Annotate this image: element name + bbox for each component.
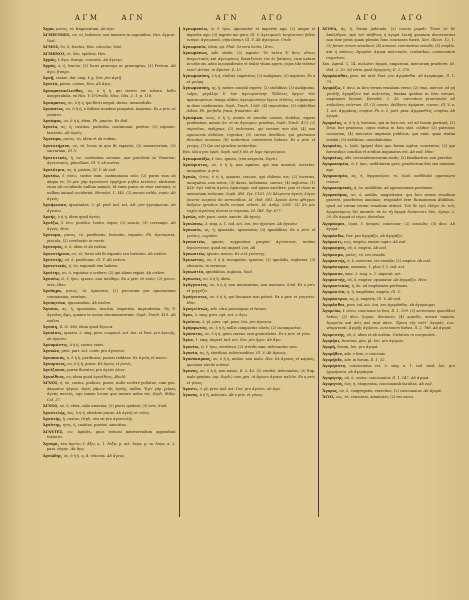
dictionary-entry: Ἀγνώς, ῶτος, ὁ ἡ ἡ, ignarus, inscius, qu… — [183, 175, 316, 215]
entry-definition: ας, ἡ, ignoratio, ignorantia; (2) ignobi… — [204, 228, 287, 232]
entry-headword: Ἀγνίζω, — [43, 221, 59, 225]
entry-definition: adv. circumforaneorum modo; (2) familiar… — [345, 156, 453, 160]
entry-definition: ἡ, ἡ, emptilitas, emptio, — [347, 290, 390, 294]
entry-definition: εως, emptio, emere cupio. — [344, 240, 392, 244]
entry-headword: Ἀγνάφος, — [43, 119, 63, 123]
entry-reference: Ion. pro ἀγορά. — [351, 345, 379, 349]
entry-headword: ἈΓΜΟΣ, — [43, 45, 59, 49]
dictionary-entry: Ἀγονέω, ῶ, f. ήσω, sterilisco; (2) steri… — [183, 345, 316, 351]
entry-reference: Ab eod. — [393, 240, 407, 244]
entry-definition: έος, ὁ ἡ ἡ, absolute purus. — [67, 411, 115, 415]
dictionary-entry: Ἀγνεύω, f. εύσω, castus sum, castimoniam… — [43, 174, 176, 203]
dictionary-entry: Ἀγόμφωτος, ου, ὁ ἡ ἡ, nullis compactus c… — [183, 326, 316, 332]
entry-reference: Soph. Trach. 473; (2) improbus, malignus… — [187, 121, 316, 148]
entry-reference: Ab ἀγορά. — [424, 389, 442, 393]
entry-headword: Ἀγνής, — [43, 215, 57, 219]
entry-definition: οῦ, ὁ, orator, concionator, — [345, 376, 392, 380]
running-head-left: ΑΓΝ — [216, 14, 240, 26]
entry-reference: Ab ἄγω. — [101, 27, 116, 31]
entry-reference: Ab eod. — [417, 259, 431, 263]
entry-definition: ignorantes, 3. pl. perf. ind. act. — [69, 203, 128, 207]
entry-definition: pres. inf. mid. — [350, 74, 376, 78]
entry-definition: ἡ, castus, — [63, 417, 80, 421]
entry-headword: Ἀγνισμα, — [43, 233, 62, 237]
dictionary-entry: Ἀγνοέω, ῶ, f. ήσω, ignoro, non intelligo… — [43, 277, 176, 288]
dictionary-entry: Ἀγνίζουσα, purae fluentes; pro ἁγνὸν ῥέω… — [43, 368, 176, 374]
dictionary-entry: Ἀγναμπτοκέλευθος, ου, ὁ ἡ ἡ, qui invicti… — [43, 89, 176, 100]
entry-reference: Hes. calculus, Vost. — [87, 45, 122, 49]
entry-headword: Ἀγνοίη, — [43, 325, 59, 329]
entry-definition: ῶ, f. ήσω, sterilisco; (2) sterilis sum,… — [201, 345, 298, 349]
dictionary-entry: Ἀγνισμα, ματος, τό, purificatio, lustrat… — [43, 233, 176, 244]
entry-definition: adv. pure, caste, sancte. — [198, 215, 242, 219]
dictionary-entry: Ἀγνωμοσύνη, ης, ἡ, mente consilii expers… — [183, 86, 316, 115]
running-head-left: ΑΓΜ — [75, 14, 100, 26]
entry-headword: Ἀγοητεύτως, — [183, 307, 210, 311]
dictionary-entry: Ἀγορασμός, οῦ, ὁ, emptio. Ab eod. — [322, 246, 455, 252]
entry-headword: Ἀγορευτής, — [322, 333, 345, 337]
entry-headword: Ἀγνωμοσύνη, — [183, 86, 211, 90]
dictionary-entry: ἌΓΟΣ, εος, τό, veneratio, admiratio; (2)… — [322, 395, 455, 401]
entry-reference: Ab ἀγοράζω. Hinc — [394, 278, 427, 282]
dictionary-entry: Ἄγον, 1. sing. imperf. ind. act. Dor. pr… — [183, 338, 316, 344]
running-head-col-2: ΑΓΝ ΑΓΟ — [180, 14, 320, 26]
entry-definition: ὁ, ἡ, fractio; (2) locus praeceps ac pra… — [58, 64, 169, 68]
entry-definition: f. ίσω, ignoro, (vox suspecta, — [212, 157, 265, 161]
dictionary-entry: Ἀγναπτος, ου, ὁ ἡ ἡ, a fullone nondum pu… — [43, 107, 176, 118]
entry-definition: ου, ὁ ἡ ἡ, qui fascinari non potest. Ex … — [210, 295, 316, 299]
entry-definition: ου, ὁ ἡ ἡ, genu carens, non geniculatus. — [205, 332, 278, 336]
dictionary-entry: Ἀγνισμός, ὁ, ὁ, idem et ab eodem. — [43, 245, 176, 251]
entry-definition: ignoro, nescio. — [207, 252, 234, 256]
entry-definition: οῦ, ὁ, emptor, opsonator. — [347, 278, 392, 282]
entry-definition: ου, ὁ ἡ ἡ, q. d. viticeus. — [64, 454, 106, 458]
entry-headword: Ἀγνῶς, — [183, 215, 198, 219]
entry-headword: Ἀγόρασον, — [322, 272, 344, 276]
running-head-left: ΑΓΟ — [356, 14, 379, 26]
entry-headword: Ἄγνοια, — [43, 307, 59, 311]
dictionary-entry: Ἀγνοτής, ἡ, castus, Orph. nisi sit pro ἁ… — [43, 417, 176, 423]
dictionary-entry: Ἀγνωσία, ας, ἡ, ignoratio, ignorantia; (… — [183, 228, 316, 239]
dictionary-entry: Ἀγοράασθαι, pres. inf. mid. Poet. pro ἀγ… — [322, 74, 455, 85]
entry-reference: Ab ἁγνός. — [65, 131, 83, 135]
entry-reference: Ph. ῥακίον. Ex ibid. — [93, 119, 129, 123]
dictionary-entry: Ἀγνοῶν, pres. part. act. contr. pro ἀγνο… — [43, 349, 176, 355]
entry-reference: Ex ἁγνός et ῥυτός. — [98, 362, 132, 366]
entry-definition: ὁ, ὁ, idem et ab eodem. — [65, 245, 108, 249]
entry-headword: Ἀγοραστής, — [322, 278, 346, 282]
entry-reference: Hinc — [57, 283, 66, 287]
column-3: ἈΓΟΡΑ, ᾶς, ἡ, forum judiciale; (2) conci… — [318, 27, 458, 517]
entry-reference: Ab a priv. et γόνος. — [229, 393, 264, 397]
dictionary-entry: Ἄγονος, ου, ὁ ἡ ἡ, non natus, Il. 3, 40.… — [183, 369, 316, 386]
entry-definition: Xen. Agesil. 1, 14. πωλούσι ἀγορά, empor… — [322, 62, 448, 66]
entry-definition: ου, ὁ ἡ ἡ, non murmurans, non mussans, — [210, 283, 286, 287]
entry-definition: emamus, 1. plur. f. 1. ind. act. — [351, 265, 405, 269]
dictionary-entry: Ἄγμα, ματος, τό, fragmentum. Ab ἄγω. — [43, 27, 176, 33]
dictionary-entry: Ἀγνοίη, Il. Ω. 386, idem quod ἄγνοια. — [43, 325, 176, 331]
entry-definition: ignobilitas, ingloria, — [206, 270, 243, 274]
dictionary-entry: Ἄγνυμι, seu ἀγνύω, f. ἄξω, a. 1. ἔαξα, p… — [43, 442, 176, 453]
entry-reference: Dor. pro ἄγουσι, ab ἄγω. — [236, 387, 281, 391]
dictionary-entry: Ἀγοραστής, ὁ, ὁ, mercens, res venalis; (… — [322, 259, 455, 265]
dictionary-entry: Ἀγνίτης, ου, ὁ, expiatus a scelere; (2) … — [43, 271, 176, 277]
entry-headword: Ἀγνοῶν, — [43, 349, 60, 353]
entry-headword: Ἀγονία, — [183, 351, 199, 355]
entry-headword: Ἀγοραῖος, — [322, 144, 342, 148]
dictionary-entry: Ἀγνάφος, ου, ὁ ἡ ἡ, idem. Ph. ῥακίον. Ex… — [43, 119, 176, 125]
dictionary-entry: Ἀγνωμοσύζω, f. ίσω, ignoro, (vox suspect… — [183, 157, 316, 163]
entry-definition: ου, τό, locus ubi fit expiatio seu lustr… — [72, 252, 147, 256]
entry-headword: Ἀγνοΐθεος, — [43, 375, 65, 379]
entry-headword: ἌΓΟΣ, — [322, 395, 334, 399]
dictionary-entry: Ἀγοράομαι, ῶμαι, f. ήσομαι, concionor; (… — [322, 222, 455, 233]
dictionary-entry: Ἀγονος, ὁ ἡ ἡ, indoctus. Ab a priv. et γ… — [183, 393, 316, 399]
dictionary-entry: Ἀγνορυτος, ου, ὁ ἡ ἡ, purus. Ex ἁγνός et… — [43, 362, 176, 368]
dictionary-entry: Ἄγοι, 3. sing. pres. opt. act. v. ἄγω. — [183, 313, 316, 319]
entry-headword: Ἄγμα, — [43, 27, 55, 31]
entry-definition: eme, 2. sing. a. 1. imperat. act. — [345, 272, 402, 276]
entry-definition: ὁ ἡ ἡ, idem quod ἁγνός. — [58, 215, 101, 219]
entry-reference: Ion. pro ἠγνόησε. Ab ἀγνοέω. — [244, 222, 298, 226]
entry-definition: 3. pl. pres. opt. pass. — [202, 320, 240, 324]
entry-headword: Ἀγμός, — [43, 64, 57, 68]
entry-reference: Ab eod. — [373, 246, 387, 250]
entry-definition: ου, ὁ ἡ ἡ, idem. — [64, 119, 92, 123]
dictionary-entry: Ἀγνιστικός, ή, όν, expiandi vim habens. — [43, 264, 176, 270]
entry-definition: ου, ὁ ἡ ἡ, purus. — [67, 362, 96, 366]
entry-reference: Gl. V. Ab ἄγονος. — [256, 351, 287, 355]
entry-headword: Ἀγοραστία, — [322, 290, 346, 294]
entry-definition: adv. citra praestigias et fucum. — [210, 307, 266, 311]
entry-headword: Ἀγοράζω, — [322, 86, 342, 90]
entry-definition: ε, (sub. ἡμέρα) dies quo forum agitur, c… — [326, 144, 455, 154]
entry-headword: Ἀγναμπτος, — [43, 101, 67, 105]
entry-definition: pres. part. act. contr. pro ἀγνοέων. — [61, 349, 125, 353]
dictionary-entry: Ἀγνομάντις, ὁ ἡ ἡ, castus vates. — [43, 343, 176, 349]
dictionary-entry: Ἀγνεύτρια, ας, ἡ, piatrix, Gl. V. ab eod… — [43, 168, 176, 174]
entry-definition: ας, ἡ, ἀγορανόμου, τό, — [352, 174, 399, 178]
dictionary-entry: Ἀγνωμόνως, adv. stulte; (2) ingrate. Τὸ … — [183, 51, 316, 74]
entry-headword: Ἀγναπτος, — [43, 107, 64, 111]
dictionary-entry: Ἀγνοτελής, έος, ὁ ἡ ἡ, absolute purus. A… — [43, 411, 176, 417]
entry-headword: Ἀγμός, — [43, 58, 57, 62]
entry-headword: Ἀγόρασις, — [322, 240, 343, 244]
entry-headword: Ἀγονος, — [183, 393, 199, 397]
dictionary-entry: Ἀγνεία, ας, ἡ, castitas, pudicitia, cast… — [43, 125, 176, 136]
entry-definition: ὁ ἡ ἡ, indoctus. — [200, 393, 228, 397]
dictionary-entry: Ἀγορᾶσθαι, pres. inf. act. Ion. pro ἀγορ… — [322, 303, 455, 309]
dictionary-entry: ἈΓΝΥΤΕΣ, ων, lapides, quos textorii inte… — [43, 430, 176, 441]
entry-headword: Ἀγορῆ, — [322, 345, 336, 349]
entry-headword: Ἀγνιστήριον, — [43, 252, 70, 256]
entry-headword: Ἀγορασμός, — [322, 246, 346, 250]
entry-definition: ὁ ἡ ἡ, castus vates. — [70, 343, 105, 347]
entry-definition: purus, castus, — [60, 82, 86, 86]
entry-definition: f. ἄγω. frango, concutio. — [58, 58, 102, 62]
entry-headword: Ἀγνῇ, — [43, 76, 55, 80]
dictionary-entry: Ἀγνεία, purus, castus, Hes. Ab ἄγος. — [43, 82, 176, 88]
entry-definition: 3. sing. pres. opt. act. v. ἄγω. — [195, 313, 248, 317]
entry-reference: Ab eodem. — [148, 252, 167, 256]
dictionary-entry: Ἀγορῆνδε, adv. in forum, Il. 1, 52. — [322, 358, 455, 364]
entry-reference: Ion. pro ἀγορᾶσθαι, ab ἀγοράομαι. — [372, 303, 436, 307]
text-columns: Ἄγμα, ματος, τό, fragmentum. Ab ἄγω. ἈΓΜ… — [40, 27, 458, 517]
dictionary-entry: Ἀγοραῖος, α, ὁ ἡ ἡ, forensis, qui in for… — [322, 121, 455, 144]
entry-headword: ἈΓΜΕΓΟΝΕΣ, — [43, 33, 71, 37]
dictionary-entry: Ἀγνῶς, adv. pure, caste, sancte. Ab ἁγνό… — [183, 215, 316, 221]
dictionary-entry: Ἀγνοποιός, ὁ, ὁ ἡ ἡ, purificans, purum r… — [43, 356, 176, 362]
dictionary-entry: Ἀγορανομία, ας, ἡ, ἀγορανόμου, τό, Suid.… — [322, 174, 455, 185]
entry-headword: Ἀγνεία, — [43, 82, 59, 86]
dictionary-entry: Ἀγνωμοσύνη, ὁ ἡ ἡ, stultus, imperitus; (… — [183, 74, 316, 85]
entry-definition: idem, — [208, 45, 218, 49]
entry-reference: Hinc — [187, 301, 196, 305]
entry-reference: ap. Phal. (si vera lectio.) Erm. — [219, 45, 273, 49]
dictionary-entry: Ἀγορανομέω, ῶ, f. ήσω, aedilitatem gero,… — [322, 162, 455, 173]
entry-reference: Ab eod. — [419, 382, 433, 386]
entry-headword: ἉΓΝΟΣ, — [43, 381, 59, 385]
entry-definition: fororum, gen. pl. — [342, 339, 373, 343]
entry-reference: Arrian. in Epictet. 4, 13. — [198, 68, 242, 72]
entry-definition: οῦ, ὁ, purificans. — [65, 258, 95, 262]
entry-definition: 3. sing. a. 1. ind. act. — [205, 222, 243, 226]
dictionary-entry: Ἀγοραίως, adv. circumforaneorum modo; (2… — [322, 156, 455, 162]
entry-headword: Ἀγόμφωτος, — [183, 326, 208, 330]
entry-reference: Æschl. — [114, 375, 126, 379]
dictionary-entry: Ἀγνιστήριον, ου, τό, locus ubi fit expia… — [43, 252, 176, 258]
entry-headword: Ἄγνωστος, — [183, 258, 205, 262]
entry-reference: Soph. sed f. ibi, et lege ὁμογνώμων. — [221, 150, 286, 154]
dictionary-entry: Ἀγνωτος, ου, ὁ ἡ ἡ, idem. — [183, 277, 316, 283]
entry-definition: ου, ὁ, vitex, salix amerina; (2) piscis … — [60, 404, 157, 408]
running-head-col-1: ΑΓΜ ΑΓΝ — [40, 14, 180, 26]
dictionary-entry: Ἀγόγγυστος, ου, ὁ ἡ ἡ, non murmurans, no… — [183, 283, 316, 294]
entry-definition: seu ἀγνύω, f. ἄξω, a. 1. ἔαξα, p. act. ἔ… — [47, 442, 176, 452]
dictionary-entry: Ἀγονία, ας, ἡ, sterilitas, infoecunditas… — [183, 351, 316, 357]
running-head: ΑΓΜ ΑΓΝ ΑΓΝ ΑΓΟ ΑΓΟ ΑΓΟ — [40, 14, 460, 26]
dictionary-entry: Ἀγνωμονία, idem, ap. Phal. (si vera lect… — [183, 45, 316, 51]
entry-headword: Ἄγορος, — [322, 389, 338, 393]
entry-definition: ητος, ἡ, castitas, puritas, sanctitas. — [63, 423, 127, 427]
entry-headword: Ἀγνώμων, — [183, 116, 204, 120]
entry-reference: Gl. V. Ab eod. — [377, 297, 401, 301]
entry-headword: Ἀγνεύτρια, — [43, 168, 66, 172]
dictionary-entry: Ἀγνωστία, ignobilitas, ingloria, Suid. — [183, 270, 316, 276]
dictionary-entry: Ἀγνόημα, ματος, τό, ignoratio; (2) pecca… — [43, 289, 176, 300]
entry-definition: ῶμαι, f. ήσομαι, concionor; (2) consulto… — [348, 222, 447, 226]
entry-definition: ας, ἡ, emptrix, — [349, 297, 375, 301]
entry-headword: Ἀγοραστικός, — [322, 284, 350, 288]
entry-headword: Ἀγοράσωμεν, — [322, 265, 349, 269]
entry-reference: A priv. — [208, 169, 220, 173]
column-1: Ἄγμα, ματος, τό, fragmentum. Ab ἄγω. ἈΓΜ… — [40, 27, 179, 517]
entry-headword: Ἀγνεύω, — [43, 174, 60, 178]
entry-headword: Ἀγνωμόνως, — [183, 51, 208, 55]
entry-definition: ὁ, ὁ ἡ ἡ, purificans, purum reddens. — [67, 356, 132, 360]
dictionary-entry: Ἀγνοΐθεος, ου, idem quod ἀγνοΐθεος, Æsch… — [43, 375, 176, 381]
entry-definition: pres. inf. act. — [347, 303, 371, 307]
entry-reference: Hes. — [98, 52, 106, 56]
dictionary-entry: Ἀγνωμονέω, ῶ, f. ήσω, ignoranter et impe… — [183, 27, 316, 44]
dictionary-entry: Ἀγνοίαις, ignorei, 2. sing. pres. conjun… — [43, 331, 176, 342]
dictionary-entry: Ἀγοραῖος, ε, (sub. ἡμέρα) dies quo forum… — [322, 144, 455, 155]
entry-headword: Ἀγνόημα, — [43, 289, 62, 293]
dictionary-entry: Ἀγνώδης, ου, ὁ ἡ ἡ, q. d. viticeus. Ab ἄ… — [43, 454, 176, 460]
entry-definition: ματος, τό, ignoratio; (2) peccatum per i… — [47, 289, 176, 299]
entry-headword: Ἀγνίζουσα, — [43, 368, 66, 372]
entry-headword: Ἀγνωστέω, — [183, 240, 206, 244]
dictionary-entry: Ἀγοράζω, f. άσω, in foro rerum venalium … — [322, 86, 455, 120]
dictionary-entry: Ἀγορήσατο, concionatus est, 3. sing. a. … — [322, 364, 455, 375]
dictionary-entry: ἈΓΟΡΑ, ᾶς, ἡ, forum judiciale; (2) conci… — [322, 27, 455, 61]
entry-reference: Ab ἄγνυμι. — [103, 58, 123, 62]
entry-headword: Ἄγονος, — [183, 369, 199, 373]
dictionary-entry: Ἀγοίατο, 3. pl. pres. opt. pass. Ion. pr… — [183, 320, 316, 326]
dictionary-entry: Ἄγορος, ου, ὁ, congregatio, exercitus; (… — [322, 389, 455, 395]
dictionary-entry: Ἀγοήτευτος, ου, ὁ ἡ ἡ, qui fascinari non… — [183, 295, 316, 306]
entry-reference: Il. 1, 52. — [371, 358, 386, 362]
entry-headword: Ἀγνώς, — [183, 175, 198, 179]
dictionary-entry: Ἀγοητεύτως, adv. citra praestigias et fu… — [183, 307, 316, 313]
dictionary-entry: ἈΓΜΕΓΟΝΕΣ, ων, οἱ, bubones, seu tumores … — [43, 33, 176, 44]
dictionary-entry: Ἀγναμπτος, ου, ὁ ἡ ἡ, qui flecti nequit,… — [43, 101, 176, 107]
entry-headword: Ἀγνωσία, — [183, 228, 202, 232]
entry-reference: Ab eod. Hinc — [410, 150, 434, 154]
dictionary-entry: Ἀγνίζω, f. ίσω, purifico, lustro, expio;… — [43, 221, 176, 232]
entry-headword: ἈΓΝΟΣ, — [43, 404, 59, 408]
entry-reference: Dor. pro ἦγον. Ab ἄγω. — [240, 338, 282, 342]
entry-definition: Il. Ω. 386, idem quod ἄγνοια. — [60, 325, 114, 329]
entry-definition: ὁ, ὁ, mercens, res venalis; (2) emptor. — [347, 259, 416, 263]
entry-reference: Ab eodem. — [92, 301, 111, 305]
dictionary-entry: Ἀγόρασον, eme, 2. sing. a. 1. imperat. a… — [322, 272, 455, 278]
entry-headword: Ἀγόρασμα, — [322, 253, 344, 257]
dictionary-entry: Ἄγνοια, ας, ἡ, ignorantia, inscitia, imp… — [43, 307, 176, 324]
dictionary-entry: Xen. Agesil. 1, 14. πωλούσι ἀγορά, empor… — [322, 62, 455, 73]
entry-definition: ου, ὁ ἡ ἡ, incognitus, ignotus; (2) igno… — [187, 258, 316, 268]
entry-definition: concionatus est, 3. sing. a. 1. ind. med… — [350, 364, 436, 368]
entry-headword: Ἀγορητύς, — [322, 382, 343, 386]
dictionary-entry: Ἀγορανόμος, ου, ὁ, aedilis, magistratus,… — [322, 193, 455, 222]
entry-definition: οῦ, ὁ, emptio. — [347, 246, 372, 250]
entry-headword: Ἀγορανομικός, — [322, 186, 353, 190]
entry-reference: Ex a priv. et γόνυ. — [279, 332, 312, 336]
entry-definition: ή, όν, ad emptionem pertinens. — [352, 284, 409, 288]
dictionary-entry: ἈΓΜΟΣ, ὄυ, ὁ, fractus, Hes. calculus, Vo… — [43, 45, 176, 51]
dictionary-entry: Ἀγνότης, ητος, ἡ, castitas, puritas, san… — [43, 423, 176, 429]
entry-reference: Ab ἄγνος. — [107, 454, 125, 458]
entry-headword: Ἀγορανόμος, — [322, 193, 348, 197]
entry-headword: ἈΓΝΥΤΕΣ, — [43, 430, 63, 434]
entry-definition: ων, lapides, quos textorii interterendum… — [47, 430, 176, 440]
entry-headword: Ἀγνίτης, — [43, 271, 61, 275]
dictionary-entry: Ἄγοντι, 3. pl. pres. ind. act. Dor. pro … — [183, 387, 316, 393]
entry-headword: Ἀγνιστής, — [43, 258, 64, 262]
entry-definition: ου, ὁ ἡ ἡ, idem. — [203, 277, 231, 281]
entry-headword: Ἀγορῆθεν, — [322, 352, 343, 356]
entry-headword: Ἀγνοτελής, — [43, 411, 66, 415]
entry-headword: Ἀγνοέω, — [43, 277, 60, 281]
dictionary-entry: Ἀγορῆαι, fororum, gen. pl. Ion. pro ἀγορ… — [322, 339, 455, 345]
entry-headword: Ἄγον, — [183, 338, 195, 342]
entry-headword: Ἀγορήσατο, — [322, 364, 346, 368]
entry-definition: α, ὁ ἡ ἡ, forensis, qui in foro est, vel… — [326, 121, 455, 142]
entry-definition: ων, οἱ, bubones, seu tumores in inguinib… — [72, 33, 152, 37]
dictionary-entry: Ἀγορανομικός, ή, όν, aedilitius, ad agor… — [322, 186, 455, 192]
entry-headword: Ἀγορᾶσθαι, — [322, 303, 346, 307]
entry-definition: ματος, τό, idem et ab eodem. — [63, 137, 116, 141]
entry-reference: Ab ἁγνός et τέλος. — [116, 411, 150, 415]
entry-headword: Ἀγοραίως, — [322, 156, 343, 160]
entry-definition: ή, όν, aedilitius, ad agoranomum pertine… — [354, 186, 433, 190]
running-head-right: ΑΓΟ — [261, 14, 284, 26]
dictionary-entry: Ἀγόνατος, ου, ὁ ἡ ἡ, genu carens, non ge… — [183, 332, 316, 338]
entry-headword: Ἀγνισμός, — [43, 245, 64, 249]
entry-definition: 1. sing. imperf. ind. act. — [195, 338, 238, 342]
entry-reference: Ex ἁγνός et ποιέω. — [133, 356, 168, 360]
dictionary-entry: Ἀγοραστία, ἡ, ἡ, emptilitas, emptio, Gl.… — [322, 290, 455, 296]
dictionary-entry: Ἀγοράσδω, Dor. pro ἀγοράζω, ab ἀγοράζω. — [322, 234, 455, 240]
dictionary-entry: Ἀγοραστικός, ή, όν, ad emptionem pertine… — [322, 284, 455, 290]
entry-reference: Dor. pro ἁγνῇ. — [96, 76, 122, 80]
dictionary-entry: Ἀγόρασις, εως, emptio, emere cupio. Ab e… — [322, 240, 455, 246]
entry-definition: οῦ, ὁ, idem et ab eodem. — [347, 333, 392, 337]
entry-definition: purae fluentes; pro ἁγνὸν ῥέων. — [67, 368, 125, 372]
entry-reference: Suid. — [158, 404, 167, 408]
entry-reference: Orph. nisi sit pro ἁγνοτελής. — [81, 417, 134, 421]
entry-reference: Ion. Ab — [242, 246, 255, 250]
entry-definition: ὁ ἡ ἡ, stultus, imperitus; (2) maligmus;… — [211, 74, 306, 78]
entry-definition: ή, όν, expiandi vim habens. — [69, 264, 119, 268]
entry-headword: Ἀγνοτής, — [43, 417, 62, 421]
entry-headword: Ἀγνωμοσύνη, — [183, 74, 211, 78]
dictionary-entry: Ἀγνιστής, οῦ, ὁ, purificans. Gl. V. Ab e… — [43, 258, 176, 264]
entry-definition: εος, τό, veneratio, admiratio; (2) res s… — [336, 395, 414, 399]
entry-definition: ύος, ἡ, eloquentia, concionandi facultas… — [344, 382, 417, 386]
entry-reference: Il. 1, 247. Ab ἀγορά. — [392, 376, 429, 380]
entry-reference: Ab ἄγω. — [71, 447, 86, 451]
dictionary-entry: Ἀγοράσωμεν, emamus, 1. plur. f. 1. ind. … — [322, 265, 455, 271]
entry-definition: ας, ἡ, piatrix, — [67, 168, 91, 172]
entry-headword: Ἀγοραῖος, — [322, 121, 342, 125]
entry-headword: Ἄγοι, — [183, 313, 194, 317]
entry-definition: ignorei, 2. sing. pres. conjunct. act. — [64, 331, 129, 335]
dictionary-entry: Ἀγορητύς, ύος, ἡ, eloquentia, concionand… — [322, 382, 455, 388]
entry-headword: Ἀγοράστρια, — [322, 297, 348, 301]
entry-definition: οἱ, ὀλο, epidrus, — [67, 52, 97, 56]
dictionary-entry: ἈΓΝΟΣ, ου, ὁ, vitex, salix amerina; (2) … — [43, 404, 176, 410]
dictionary-entry: Ἀγνωστέω, ignoro, nescio. Ex a et γνώστη… — [183, 252, 316, 258]
entry-reference: Ab ἁγνός. — [243, 215, 261, 219]
entry-headword: Ἀγνοποιός, — [43, 356, 66, 360]
entry-headword: Ἀγνωμονέω, — [183, 27, 208, 31]
entry-headword: Ἀγνευτήριον, — [43, 144, 71, 148]
running-head-right: ΑΓΝ — [122, 14, 146, 26]
entry-headword: Ἀγονόκαρπος, — [183, 357, 212, 361]
entry-reference: Hes. Ab ἄγος. — [86, 82, 111, 86]
entry-headword: Ἀγορανομέω, — [322, 162, 349, 166]
entry-headword: Ἀγνοίαις, — [43, 331, 63, 335]
entry-headword: Ἀγνωμοσύζω, — [183, 157, 211, 161]
entry-headword: Ἀγνώριστος, — [183, 163, 209, 167]
dictionary-entry: Ἀγορευτής, οῦ, ὁ, idem et ab eodem. Usit… — [322, 333, 455, 339]
entry-headword: Ἀγοράασθαι, — [322, 74, 348, 78]
entry-headword: Ἀγορῆνδε, — [322, 358, 343, 362]
entry-definition: ματος, τό, res venalis. — [346, 253, 386, 257]
dictionary-entry: Ἀγοραστής, οῦ, ὁ, emptor, opsonator. Ab … — [322, 278, 455, 284]
entry-headword: Ἄγνευμα, — [43, 137, 62, 141]
